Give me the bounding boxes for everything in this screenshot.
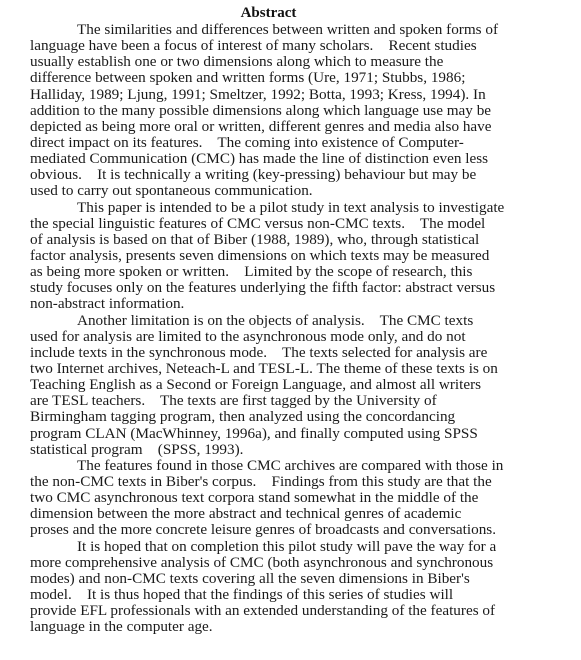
paragraph-1: The similarities and differences between… bbox=[30, 22, 550, 200]
text-line: obvious. It is technically a writing (ke… bbox=[30, 167, 550, 183]
text-line: statistical program (SPSS, 1993). bbox=[30, 442, 550, 458]
text-line: provide EFL professionals with an extend… bbox=[30, 603, 550, 619]
text-line: of analysis is based on that of Biber (1… bbox=[30, 232, 550, 248]
paragraph-5: It is hoped that on completion this pilo… bbox=[30, 539, 550, 636]
text-line: depicted as being more oral or written, … bbox=[30, 119, 550, 135]
text-line: Another limitation is on the objects of … bbox=[30, 313, 550, 329]
paragraph-2: This paper is intended to be a pilot stu… bbox=[30, 200, 550, 313]
text-line: non-abstract information. bbox=[30, 296, 550, 312]
text-line: factor analysis, presents seven dimensio… bbox=[30, 248, 550, 264]
text-line: language in the computer age. bbox=[30, 619, 550, 635]
text-line: study focuses only on the features under… bbox=[30, 280, 550, 296]
paragraph-4: The features found in those CMC archives… bbox=[30, 458, 550, 539]
text-line: addition to the many possible dimensions… bbox=[30, 103, 550, 119]
paragraph-3: Another limitation is on the objects of … bbox=[30, 313, 550, 458]
text-line: Halliday, 1989; Ljung, 1991; Smeltzer, 1… bbox=[30, 87, 550, 103]
text-line: It is hoped that on completion this pilo… bbox=[30, 539, 550, 555]
text-line: Birmingham tagging program, then analyze… bbox=[30, 409, 550, 425]
text-line: difference between spoken and written fo… bbox=[30, 70, 550, 86]
text-line: The similarities and differences between… bbox=[30, 22, 550, 38]
text-line: usually establish one or two dimensions … bbox=[30, 54, 550, 70]
abstract-body: The similarities and differences between… bbox=[30, 22, 550, 635]
text-line: direct impact on its features. The comin… bbox=[30, 135, 550, 151]
text-line: This paper is intended to be a pilot stu… bbox=[30, 200, 550, 216]
text-line: The features found in those CMC archives… bbox=[30, 458, 550, 474]
text-line: as being more spoken or written. Limited… bbox=[30, 264, 550, 280]
text-line: proses and the more concrete leisure gen… bbox=[30, 522, 550, 538]
text-line: model. It is thus hoped that the finding… bbox=[30, 587, 550, 603]
text-line: two Internet archives, Neteach-L and TES… bbox=[30, 361, 550, 377]
text-line: program CLAN (MacWhinney, 1996a), and fi… bbox=[30, 426, 550, 442]
text-line: the special linguistic features of CMC v… bbox=[30, 216, 550, 232]
text-line: mediated Communication (CMC) has made th… bbox=[30, 151, 550, 167]
abstract-heading: Abstract bbox=[0, 5, 537, 21]
text-line: language have been a focus of interest o… bbox=[30, 38, 550, 54]
text-line: more comprehensive analysis of CMC (both… bbox=[30, 555, 550, 571]
text-line: used for analysis are limited to the asy… bbox=[30, 329, 550, 345]
document-page: Abstract The similarities and difference… bbox=[0, 0, 581, 660]
text-line: modes) and non-CMC texts covering all th… bbox=[30, 571, 550, 587]
text-line: two CMC asynchronous text corpora stand … bbox=[30, 490, 550, 506]
text-line: dimension between the more abstract and … bbox=[30, 506, 550, 522]
text-line: are TESL teachers. The texts are first t… bbox=[30, 393, 550, 409]
text-line: used to carry out spontaneous communicat… bbox=[30, 183, 550, 199]
text-line: include texts in the synchronous mode. T… bbox=[30, 345, 550, 361]
text-line: the non-CMC texts in Biber's corpus. Fin… bbox=[30, 474, 550, 490]
text-line: Teaching English as a Second or Foreign … bbox=[30, 377, 550, 393]
